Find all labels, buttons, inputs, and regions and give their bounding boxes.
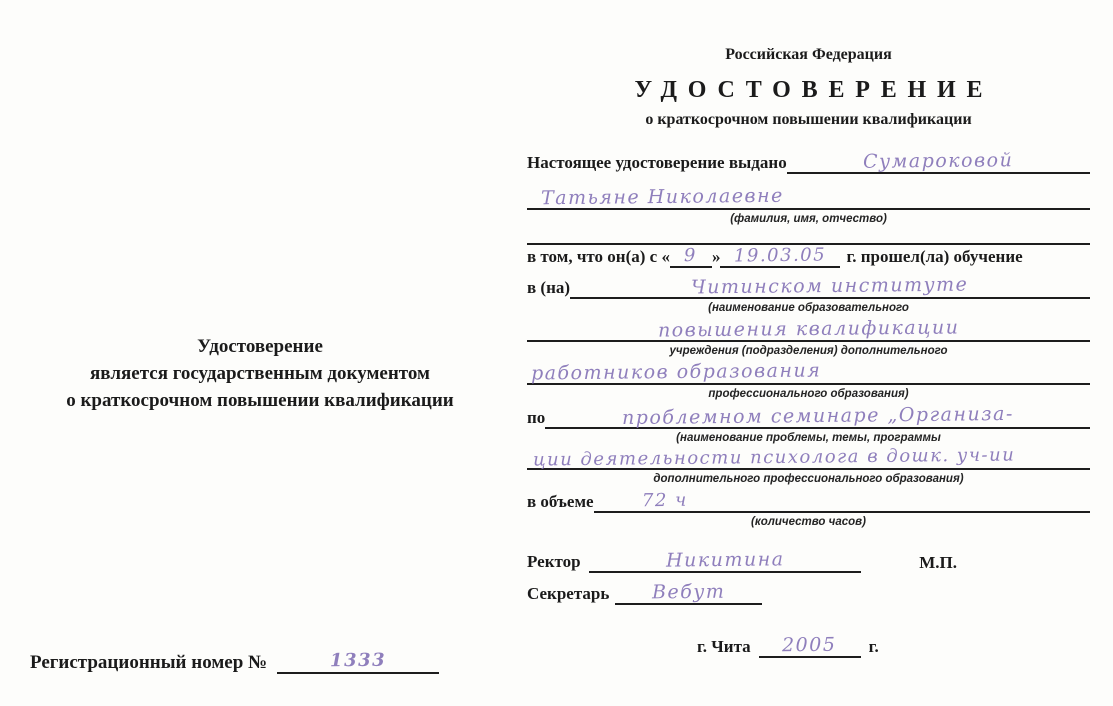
org-row-2: повышения квалификации xyxy=(527,319,1090,342)
topic-blank-2: ции деятельности психолога в дошк. уч-ии xyxy=(527,448,1090,470)
document-subtitle: о краткосрочном повышении квалификации xyxy=(527,111,1090,129)
institution-name-part3: работников образования xyxy=(531,360,821,383)
period-suffix: г. прошел(ла) обучение xyxy=(846,246,1022,268)
secretary-signature-blank: Вебут xyxy=(615,582,762,605)
org-blank-2: повышения квалификации xyxy=(527,319,1090,342)
org-blank-3: работников образования xyxy=(527,362,1090,385)
secretary-label: Секретарь xyxy=(527,583,609,605)
topic-row-2: ции деятельности психолога в дошк. уч-ии xyxy=(527,448,1090,470)
org-caption-1: (наименование образовательного xyxy=(527,302,1090,314)
year-value: 2005 xyxy=(782,635,837,656)
volume-label: в объеме xyxy=(527,491,594,513)
topic-value-line1: проблемном семинаре „Организа- xyxy=(622,404,1014,428)
org-caption-3: профессионального образования) xyxy=(527,388,1090,400)
rector-signature: Никитина xyxy=(666,549,785,570)
period-prefix: в том, что он(а) с « xyxy=(527,246,670,268)
registration-number-row: Регистрационный номер № 1333 xyxy=(30,650,439,674)
issued-to-label: Настоящее удостоверение выдано xyxy=(527,152,787,174)
rector-label: Ректор xyxy=(527,551,581,573)
recipient-surname: Сумароковой xyxy=(863,150,1013,172)
topic-blank-1: проблемном семинаре „Организа- xyxy=(545,406,1090,429)
place-blank: Читинском институте xyxy=(570,276,1090,299)
topic-label: по xyxy=(527,407,545,429)
certificate-scan: Удостоверение является государственным д… xyxy=(0,0,1113,706)
certificate-form: Российская Федерация УДОСТОВЕРЕНИЕ о кра… xyxy=(527,46,1090,658)
org-row-3: работников образования xyxy=(527,362,1090,385)
registration-number-blank: 1333 xyxy=(277,650,439,674)
secretary-row: Секретарь Вебут xyxy=(527,582,762,605)
country-heading: Российская Федерация xyxy=(527,46,1090,64)
period-date-value: 19.03.05 xyxy=(734,246,826,267)
document-title: УДОСТОВЕРЕНИЕ xyxy=(527,77,1090,104)
year-suffix: г. xyxy=(869,636,879,658)
city-year-row: г. Чита 2005 г. xyxy=(697,635,927,658)
rector-signature-blank: Никитина xyxy=(589,550,862,573)
recipient-name-patronymic: Татьяне Николаевне xyxy=(541,186,784,209)
place-label: в (на) xyxy=(527,277,570,299)
fio-caption: (фамилия, имя, отчество) xyxy=(527,213,1090,225)
issued-to-blank-2: Татьяне Николаевне xyxy=(527,187,1090,210)
statement-line-1: Удостоверение xyxy=(25,333,495,360)
issued-to-row: Настоящее удостоверение выдано Сумароков… xyxy=(527,151,1090,174)
year-blank: 2005 xyxy=(759,635,861,658)
volume-value: 72 ч xyxy=(641,491,687,511)
statement-line-2: является государственным документом xyxy=(25,360,495,387)
registration-number-label: Регистрационный номер № xyxy=(30,652,267,674)
issued-to-blank-1: Сумароковой xyxy=(787,151,1090,174)
topic-caption-1: (наименование проблемы, темы, программы xyxy=(527,432,1090,444)
certificate-statement: Удостоверение является государственным д… xyxy=(25,333,495,414)
period-date-blank: 19.03.05 xyxy=(720,246,840,268)
city-label: г. Чита xyxy=(697,636,751,658)
topic-caption-2: дополнительного профессионального образо… xyxy=(527,473,1090,485)
volume-blank: 72 ч xyxy=(594,491,1090,513)
volume-caption: (количество часов) xyxy=(527,516,1090,528)
period-quote-close: » xyxy=(712,246,721,268)
institution-name-part2: повышения квалификации xyxy=(658,317,960,340)
period-day-blank: 9 xyxy=(670,246,712,268)
topic-value-line2: ции деятельности психолога в дошк. уч-ии xyxy=(533,445,1015,470)
empty-rule-line xyxy=(527,233,1090,245)
topic-row-1: по проблемном семинаре „Организа- xyxy=(527,406,1090,429)
org-caption-2: учреждения (подразделения) дополнительно… xyxy=(527,345,1090,357)
period-row: в том, что он(а) с « 9 » 19.03.05 г. про… xyxy=(527,246,1090,268)
volume-row: в объеме 72 ч xyxy=(527,491,1090,513)
seal-place-label: М.П. xyxy=(919,553,957,573)
place-row: в (на) Читинском институте xyxy=(527,276,1090,299)
registration-number-value: 1333 xyxy=(330,651,386,672)
institution-name-part1: Читинском институте xyxy=(691,275,969,298)
statement-line-3: о краткосрочном повышении квалификации xyxy=(25,387,495,414)
secretary-signature: Вебут xyxy=(652,582,726,603)
issued-to-row-2: Татьяне Николаевне xyxy=(527,187,1090,210)
rector-row: Ректор Никитина М.П. xyxy=(527,550,957,573)
period-day-value: 9 xyxy=(684,246,697,266)
